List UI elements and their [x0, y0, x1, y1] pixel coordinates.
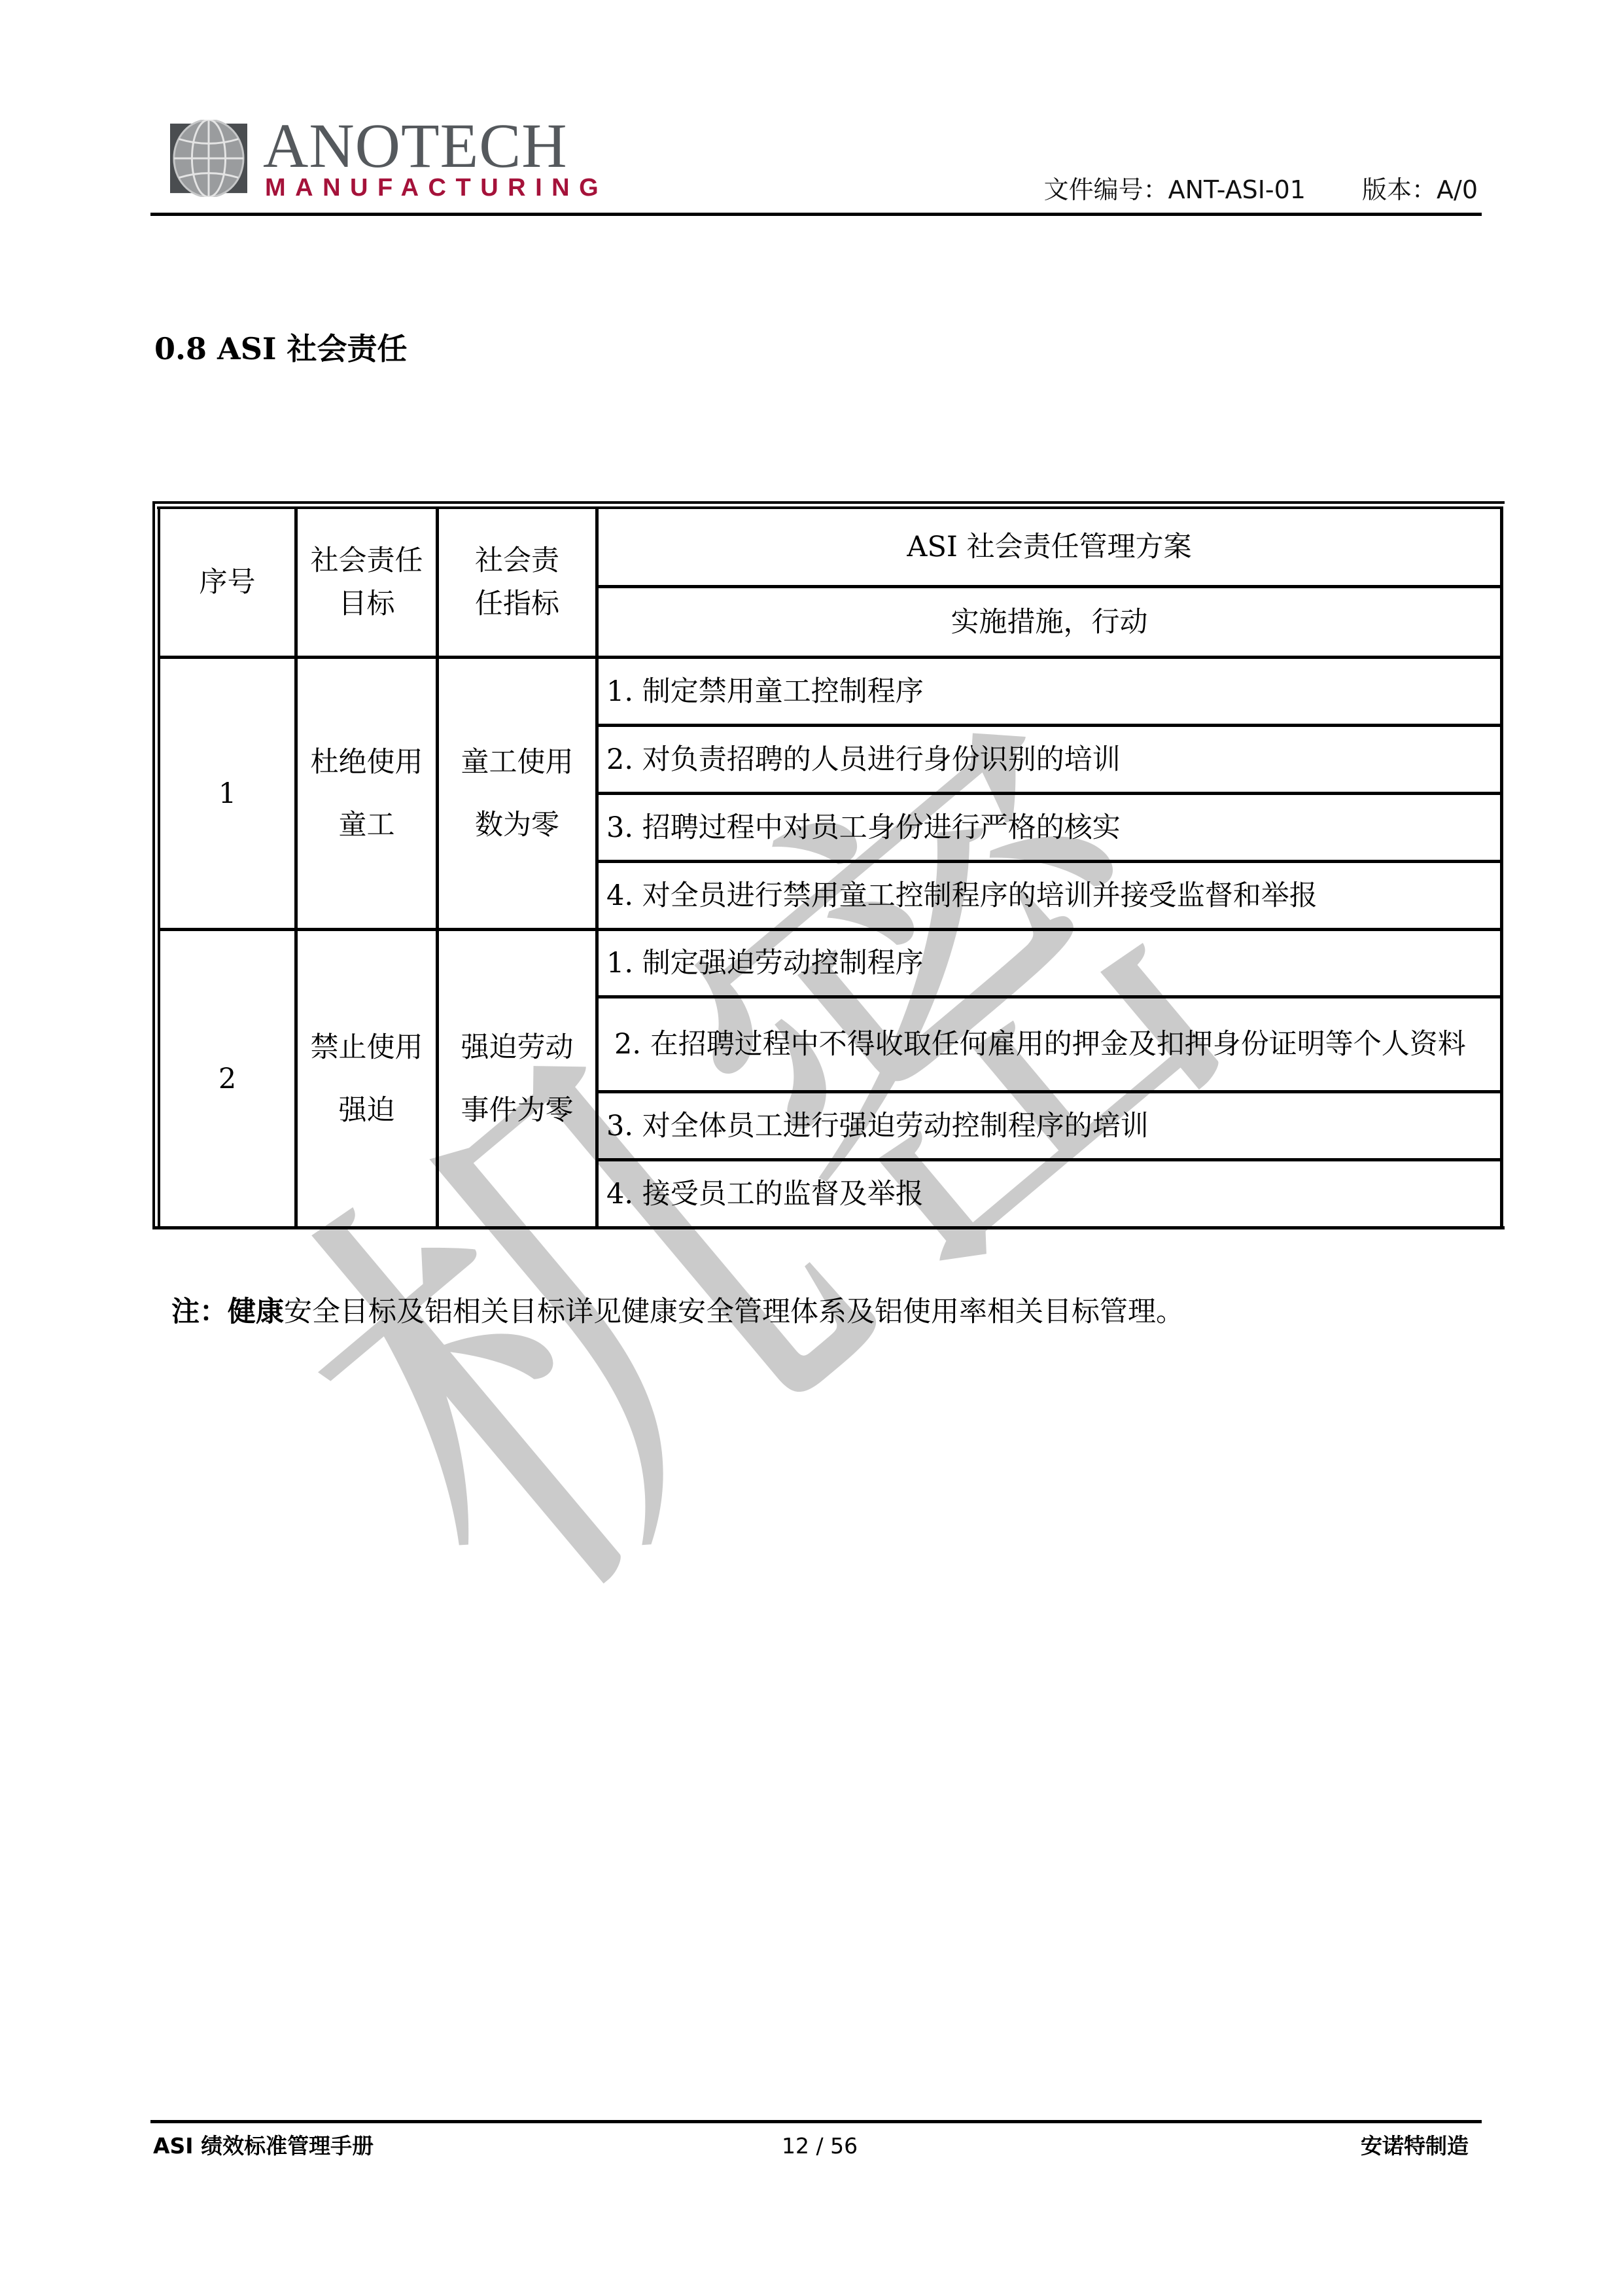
row-2-measure-2: 2. 在招聘过程中不得收取任何雇用的押金及扣押身份证明等个人资料 — [599, 998, 1500, 1090]
header-plan-sub: 实施措施，行动 — [599, 588, 1500, 656]
row-2-goal: 禁止使用强迫 — [298, 931, 436, 1226]
section-title: 0.8 ASI 社会责任 — [154, 330, 408, 367]
footer-company: 安诺特制造 — [1361, 2132, 1469, 2161]
row-1-indicator: 童工使用数为零 — [439, 659, 595, 928]
row-2-indicator: 强迫劳动事件为零 — [439, 931, 595, 1226]
logo-subtitle: MANUFACTURING — [265, 175, 608, 201]
header-rule — [150, 213, 1482, 216]
document-meta: 文件编号：ANT-ASI-01版本：A/0 — [1044, 173, 1478, 206]
row-1-measure-3: 3. 招聘过程中对员工身份进行严格的核实 — [599, 795, 1500, 860]
table-border-bottom — [152, 1226, 1505, 1229]
header-seq: 序号 — [160, 509, 294, 656]
header-plan-title: ASI 社会责任管理方案 — [599, 509, 1500, 585]
row-2-measure-1: 1. 制定强迫劳动控制程序 — [599, 931, 1500, 995]
table-border-top-outer — [152, 501, 1505, 504]
row-2-measure-3: 3. 对全体员工进行强迫劳动控制程序的培训 — [599, 1093, 1500, 1158]
note-prefix: 注：健康 — [171, 1296, 284, 1328]
row-2-seq: 2 — [160, 931, 294, 1226]
header-indicator: 社会责任指标 — [439, 509, 595, 656]
row-1-measure-4: 4. 对全员进行禁用童工控制程序的培训并接受监督和举报 — [599, 863, 1500, 928]
row-1-measure-1: 1. 制定禁用童工控制程序 — [599, 659, 1500, 724]
version-label: 版本： — [1362, 175, 1437, 204]
row-1-goal: 杜绝使用童工 — [298, 659, 436, 928]
table-border-right — [1500, 506, 1503, 1229]
globe-icon — [170, 120, 247, 197]
row-2-measure-4: 4. 接受员工的监督及举报 — [599, 1161, 1500, 1226]
row-1-seq: 1 — [160, 659, 294, 928]
table-border-left-outer — [152, 501, 155, 1229]
doc-number-label: 文件编号： — [1044, 175, 1168, 204]
logo-wordmark: ANOTECH — [263, 115, 568, 177]
footer-rule — [150, 2120, 1482, 2123]
company-logo: ANOTECH MANUFACTURING — [164, 115, 563, 200]
row-1-measure-2: 2. 对负责招聘的人员进行身份识别的培训 — [599, 727, 1500, 792]
note: 注：健康安全目标及铝相关目标详见健康安全管理体系及铝使用率相关目标管理。 — [171, 1292, 1184, 1332]
footer-manual-title: ASI 绩效标准管理手册 — [153, 2132, 374, 2161]
note-text: 安全目标及铝相关目标详见健康安全管理体系及铝使用率相关目标管理。 — [284, 1296, 1184, 1328]
version-value: A/0 — [1437, 175, 1478, 204]
doc-number: ANT-ASI-01 — [1168, 175, 1306, 204]
header-goal: 社会责任目标 — [298, 509, 436, 656]
footer-page-number: 12 / 56 — [782, 2132, 858, 2161]
